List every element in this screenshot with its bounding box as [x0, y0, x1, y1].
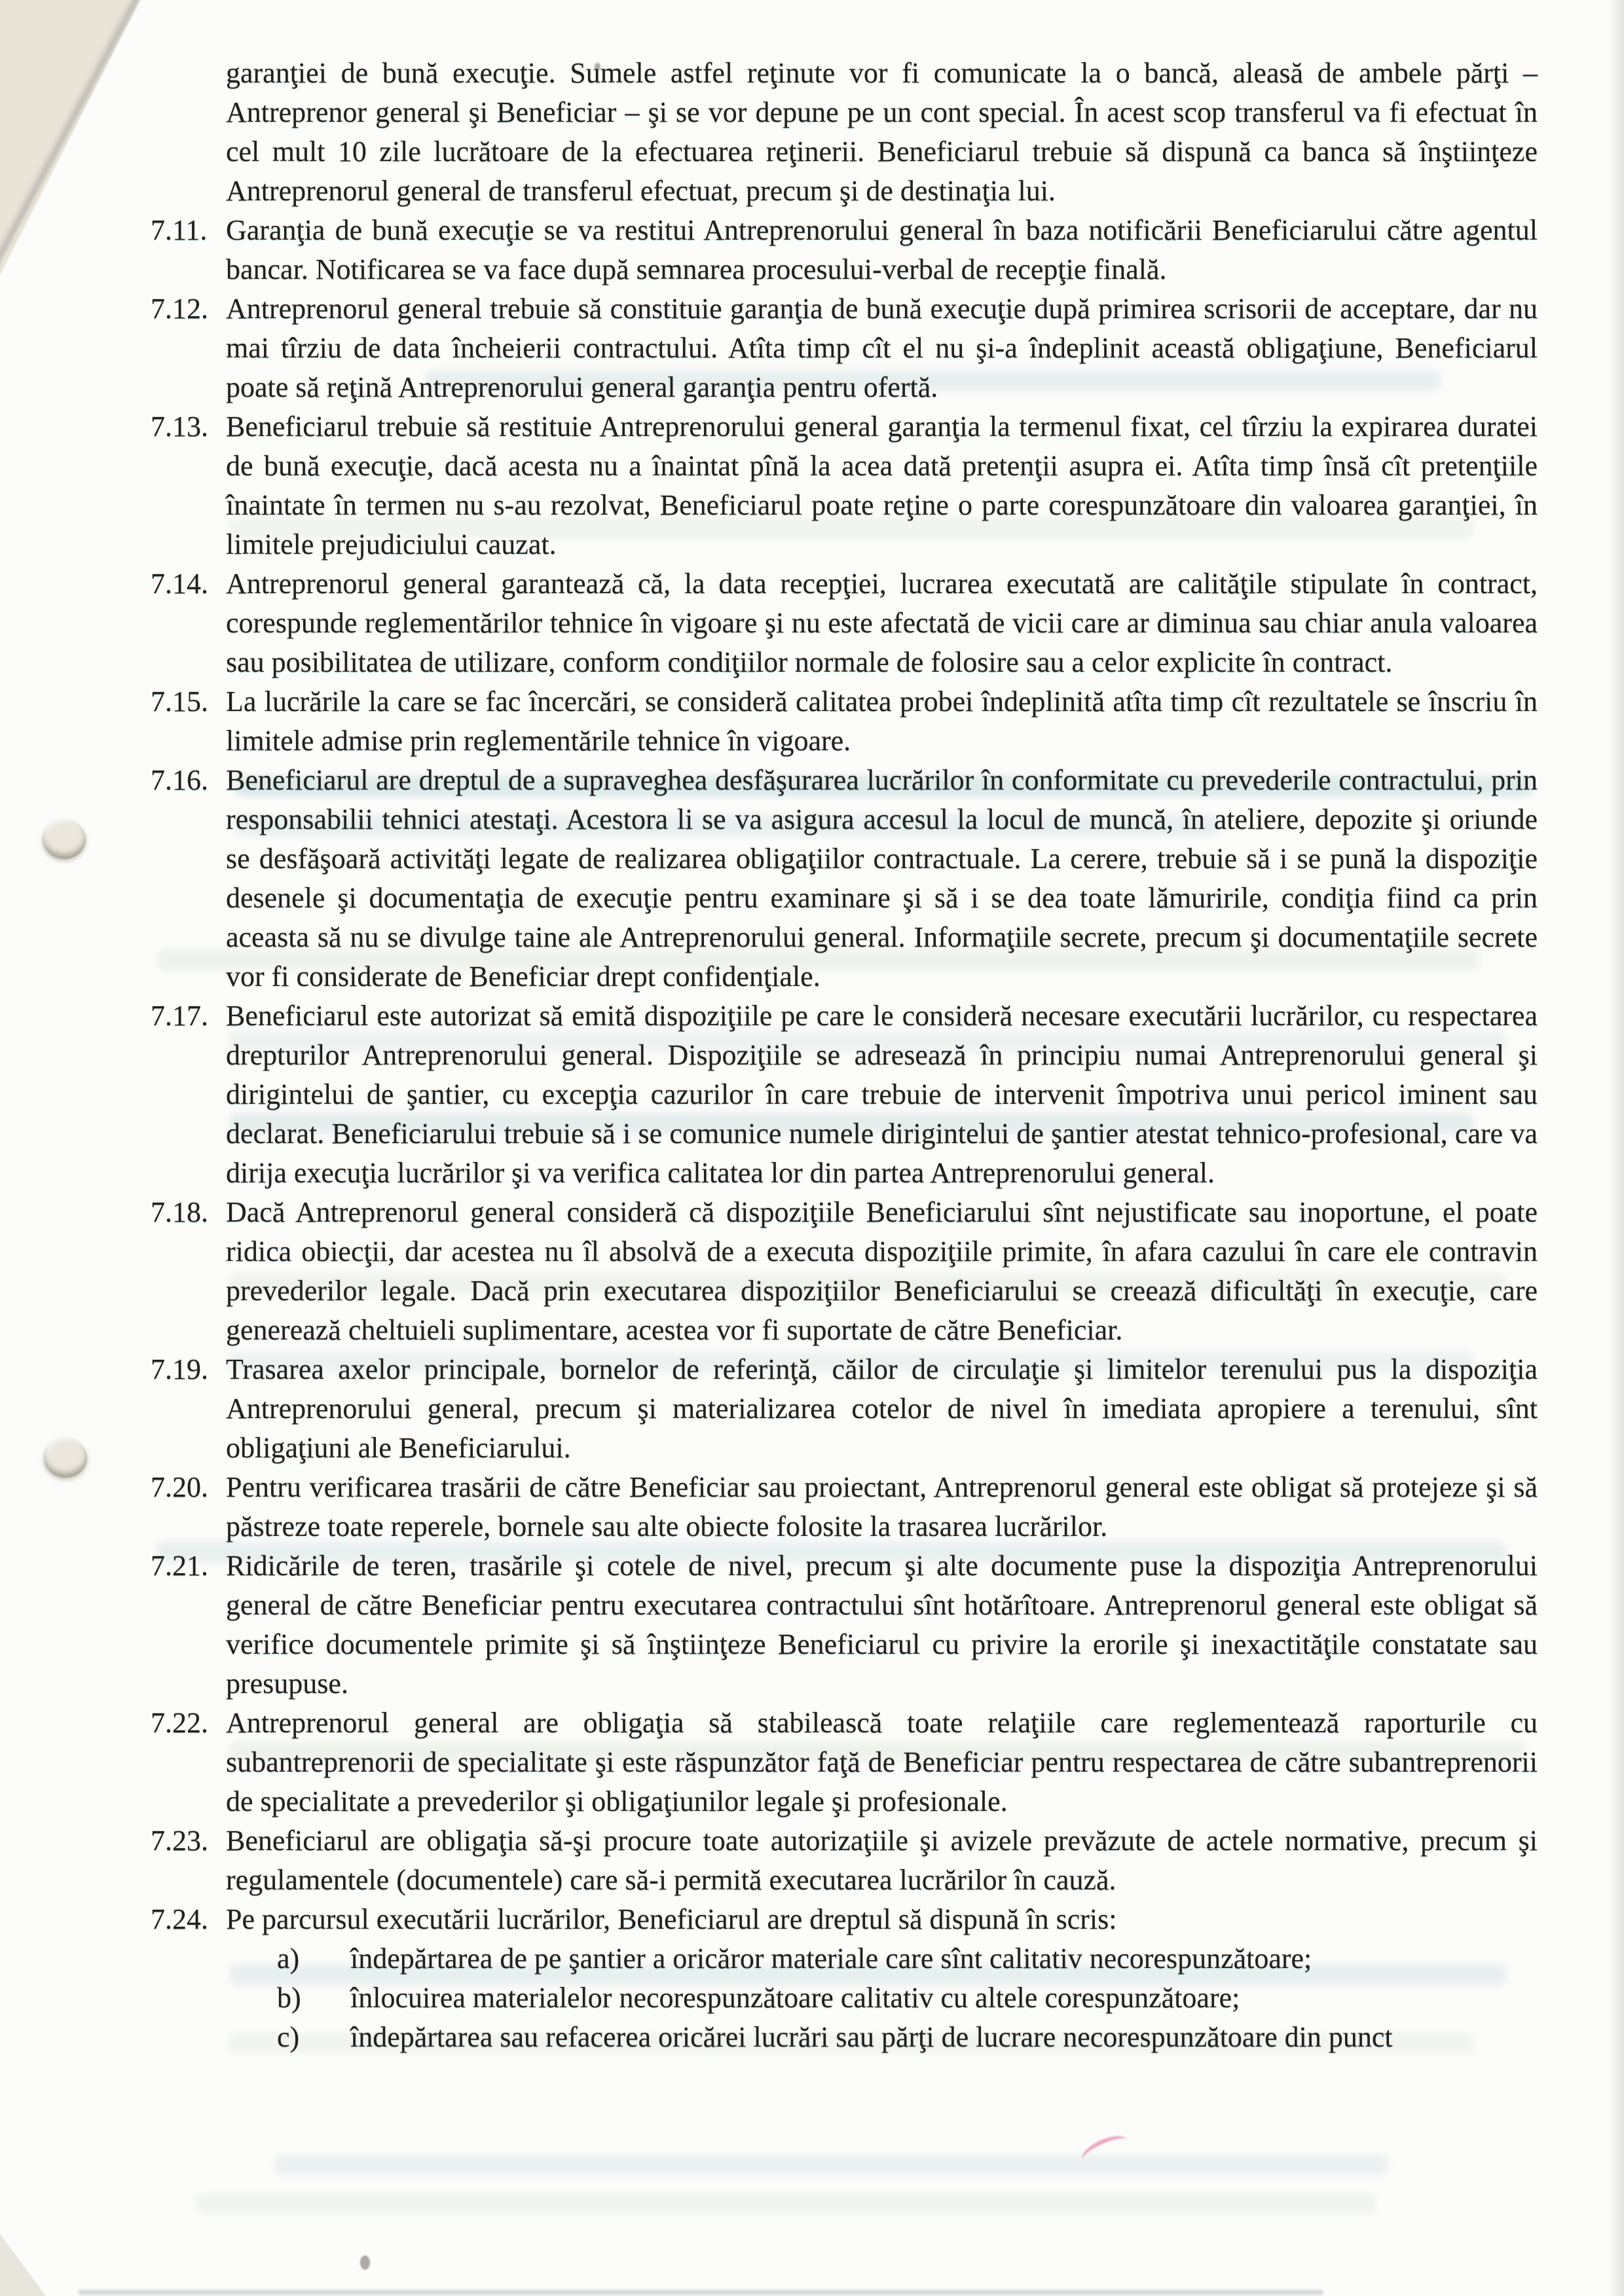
- clause-number: 7.15.: [151, 682, 226, 721]
- scanned-contract-page: garanţiei de bună execuţie. Sumele astfe…: [0, 0, 1624, 2296]
- clause-7-24: 7.24. Pe parcursul executării lucrărilor…: [151, 1900, 1538, 2057]
- clause-number: 7.24.: [151, 1900, 226, 1939]
- clause-number: 7.18.: [151, 1193, 226, 1232]
- clause-7-20: 7.20. Pentru verificarea trasării de căt…: [151, 1468, 1538, 1546]
- clause-number: 7.23.: [151, 1821, 226, 1861]
- bleed-through-artifact: [196, 2193, 1375, 2214]
- scanner-backing-bottom-corner: [0, 2234, 46, 2296]
- clause-number: 7.13.: [151, 407, 226, 446]
- hole-punch-bottom: [44, 1438, 87, 1478]
- scanner-backing-corner: [0, 0, 151, 275]
- clause-number: 7.22.: [151, 1704, 226, 1743]
- clause-number: 7.14.: [151, 564, 226, 604]
- clause-number: 7.16.: [151, 761, 226, 800]
- subitem-text: înlocuirea materialelor necorespunzătoar…: [350, 1978, 1538, 2018]
- clause-text: Beneficiarul are obligaţia să-şi procure…: [226, 1821, 1538, 1900]
- clause-text: Beneficiarul este autorizat să emită dis…: [226, 996, 1538, 1193]
- clause-7-12: 7.12. Antreprenorul general trebuie să c…: [151, 289, 1538, 407]
- hole-punch-top: [43, 820, 86, 859]
- subitem-letter: c): [277, 2018, 350, 2057]
- clause-number: 7.12.: [151, 289, 226, 329]
- clause-7-15: 7.15. La lucrările la care se fac încerc…: [151, 682, 1538, 761]
- clause-number: 7.17.: [151, 996, 226, 1036]
- contract-text: garanţiei de bună execuţie. Sumele astfe…: [151, 54, 1538, 2057]
- clause-7-17: 7.17. Beneficiarul este autorizat să emi…: [151, 996, 1538, 1193]
- clause-text: Antreprenorul general trebuie să constit…: [226, 289, 1538, 407]
- subitem-letter: b): [277, 1978, 350, 2018]
- clause-number: 7.21.: [151, 1546, 226, 1586]
- clause-text: Pentru verificarea trasării de către Ben…: [226, 1468, 1538, 1546]
- subitem-text: îndepărtarea sau refacerea oricărei lucr…: [350, 2018, 1538, 2057]
- clause-text: Beneficiarul trebuie să restituie Antrep…: [226, 407, 1538, 564]
- scan-speck: [360, 2255, 370, 2270]
- clause-number: 7.19.: [151, 1350, 226, 1389]
- clause-text: Beneficiarul are dreptul de a supraveghe…: [226, 761, 1538, 996]
- clause-7-16: 7.16. Beneficiarul are dreptul de a supr…: [151, 761, 1538, 996]
- clause-7-23: 7.23. Beneficiarul are obligaţia să-şi p…: [151, 1821, 1538, 1900]
- clause-7-22: 7.22. Antreprenorul general are obligaţi…: [151, 1704, 1538, 1821]
- clause-7-19: 7.19. Trasarea axelor principale, bornel…: [151, 1350, 1538, 1468]
- bleed-through-artifact: [275, 2154, 1388, 2175]
- clause-number: 7.20.: [151, 1468, 226, 1507]
- clause-7-14: 7.14. Antreprenorul general garantează c…: [151, 564, 1538, 682]
- subitem-b: b) înlocuirea materialelor necorespunzăt…: [277, 1978, 1538, 2018]
- clause-text: Garanţia de bună execuţie se va restitui…: [226, 211, 1538, 289]
- subitem-a: a) îndepărtarea de pe şantier a oricăror…: [277, 1939, 1538, 1978]
- clause-7-13: 7.13. Beneficiarul trebuie să restituie …: [151, 407, 1538, 564]
- scan-edge-right: [1608, 0, 1624, 2296]
- scan-edge-bottom: [79, 2290, 1323, 2295]
- subitem-text: îndepărtarea de pe şantier a oricăror ma…: [350, 1939, 1538, 1978]
- subitem-letter: a): [277, 1939, 350, 1978]
- clause-text: Dacă Antreprenorul general consideră că …: [226, 1193, 1538, 1350]
- clause-number: 7.11.: [151, 211, 226, 250]
- clause-text: La lucrările la care se fac încercări, s…: [226, 682, 1538, 761]
- clause-7-11: 7.11. Garanţia de bună execuţie se va re…: [151, 211, 1538, 289]
- clause-7-21: 7.21. Ridicările de teren, trasările şi …: [151, 1546, 1538, 1704]
- clause-text: Ridicările de teren, trasările şi cotele…: [226, 1546, 1538, 1704]
- subitem-c: c) îndepărtarea sau refacerea oricărei l…: [277, 2018, 1538, 2057]
- clause-text: Antreprenorul general are obligaţia să s…: [226, 1704, 1538, 1821]
- clause-text: Pe parcursul executării lucrărilor, Bene…: [226, 1900, 1538, 1939]
- clause-text: Antreprenorul general garantează că, la …: [226, 564, 1538, 682]
- intro-paragraph: garanţiei de bună execuţie. Sumele astfe…: [226, 54, 1538, 211]
- clause-text: Trasarea axelor principale, bornelor de …: [226, 1350, 1538, 1468]
- clause-7-18: 7.18. Dacă Antreprenorul general conside…: [151, 1193, 1538, 1350]
